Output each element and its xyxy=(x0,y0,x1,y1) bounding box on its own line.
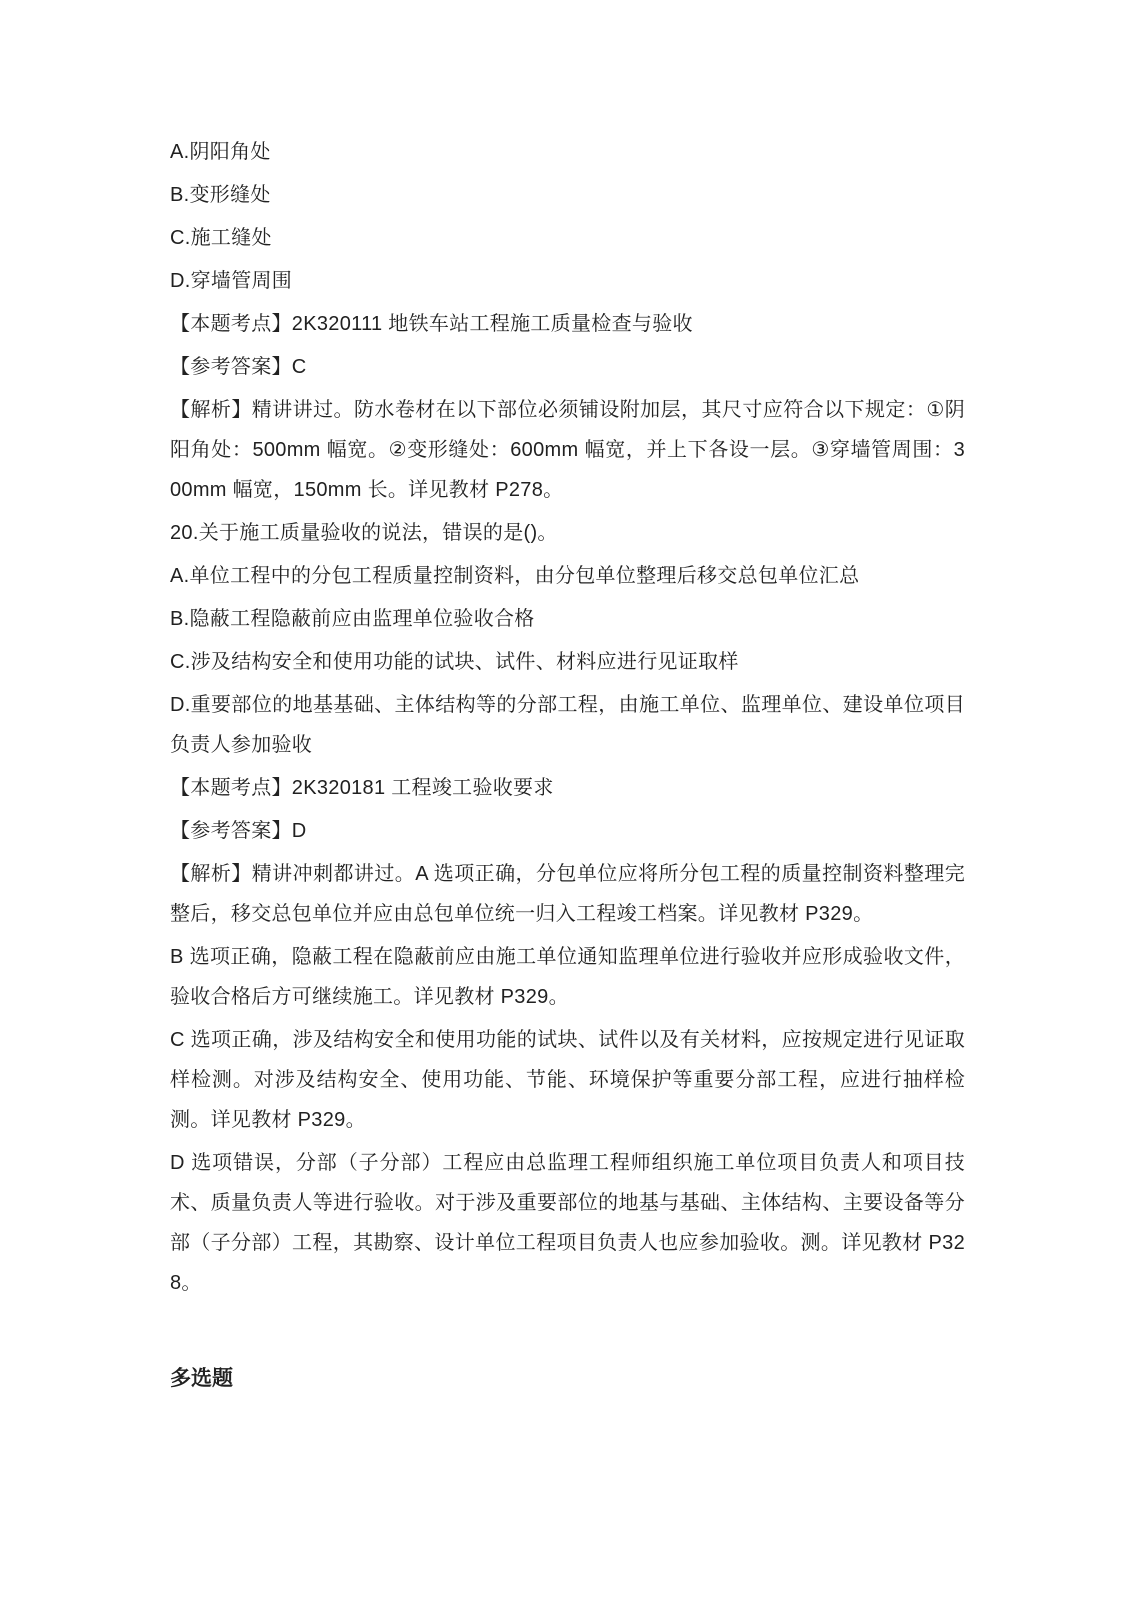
q20-analysis-a: 【解析】精讲冲刺都讲过。A 选项正确，分包单位应将所分包工程的质量控制资料整理完… xyxy=(170,854,965,934)
document-page: A.阴阳角处 B.变形缝处 C.施工缝处 D.穿墙管周围 【本题考点】2K320… xyxy=(0,0,1131,1600)
section-heading-multiple-choice: 多选题 xyxy=(170,1359,965,1399)
q19-exam-point: 【本题考点】2K320111 地铁车站工程施工质量检查与验收 xyxy=(170,304,965,344)
q20-option-d: D.重要部位的地基基础、主体结构等的分部工程，由施工单位、监理单位、建设单位项目… xyxy=(170,685,965,765)
q20-analysis-b: B 选项正确，隐蔽工程在隐蔽前应由施工单位通知监理单位进行验收并应形成验收文件，… xyxy=(170,937,965,1017)
q20-option-a: A.单位工程中的分包工程质量控制资料，由分包单位整理后移交总包单位汇总 xyxy=(170,556,965,596)
q20-option-c: C.涉及结构安全和使用功能的试块、试件、材料应进行见证取样 xyxy=(170,642,965,682)
q19-analysis: 【解析】精讲讲过。防水卷材在以下部位必须铺设附加层，其尺寸应符合以下规定：①阴阳… xyxy=(170,390,965,510)
q20-exam-point: 【本题考点】2K320181 工程竣工验收要求 xyxy=(170,768,965,808)
q19-reference-answer: 【参考答案】C xyxy=(170,347,965,387)
q20-reference-answer: 【参考答案】D xyxy=(170,811,965,851)
q20-option-b: B.隐蔽工程隐蔽前应由监理单位验收合格 xyxy=(170,599,965,639)
q19-option-a: A.阴阳角处 xyxy=(170,132,965,172)
q19-option-b: B.变形缝处 xyxy=(170,175,965,215)
q19-option-d: D.穿墙管周围 xyxy=(170,261,965,301)
q19-option-c: C.施工缝处 xyxy=(170,218,965,258)
q20-analysis-d: D 选项错误，分部（子分部）工程应由总监理工程师组织施工单位项目负责人和项目技术… xyxy=(170,1143,965,1303)
q20-stem: 20.关于施工质量验收的说法，错误的是()。 xyxy=(170,513,965,553)
q20-analysis-c: C 选项正确，涉及结构安全和使用功能的试块、试件以及有关材料，应按规定进行见证取… xyxy=(170,1020,965,1140)
